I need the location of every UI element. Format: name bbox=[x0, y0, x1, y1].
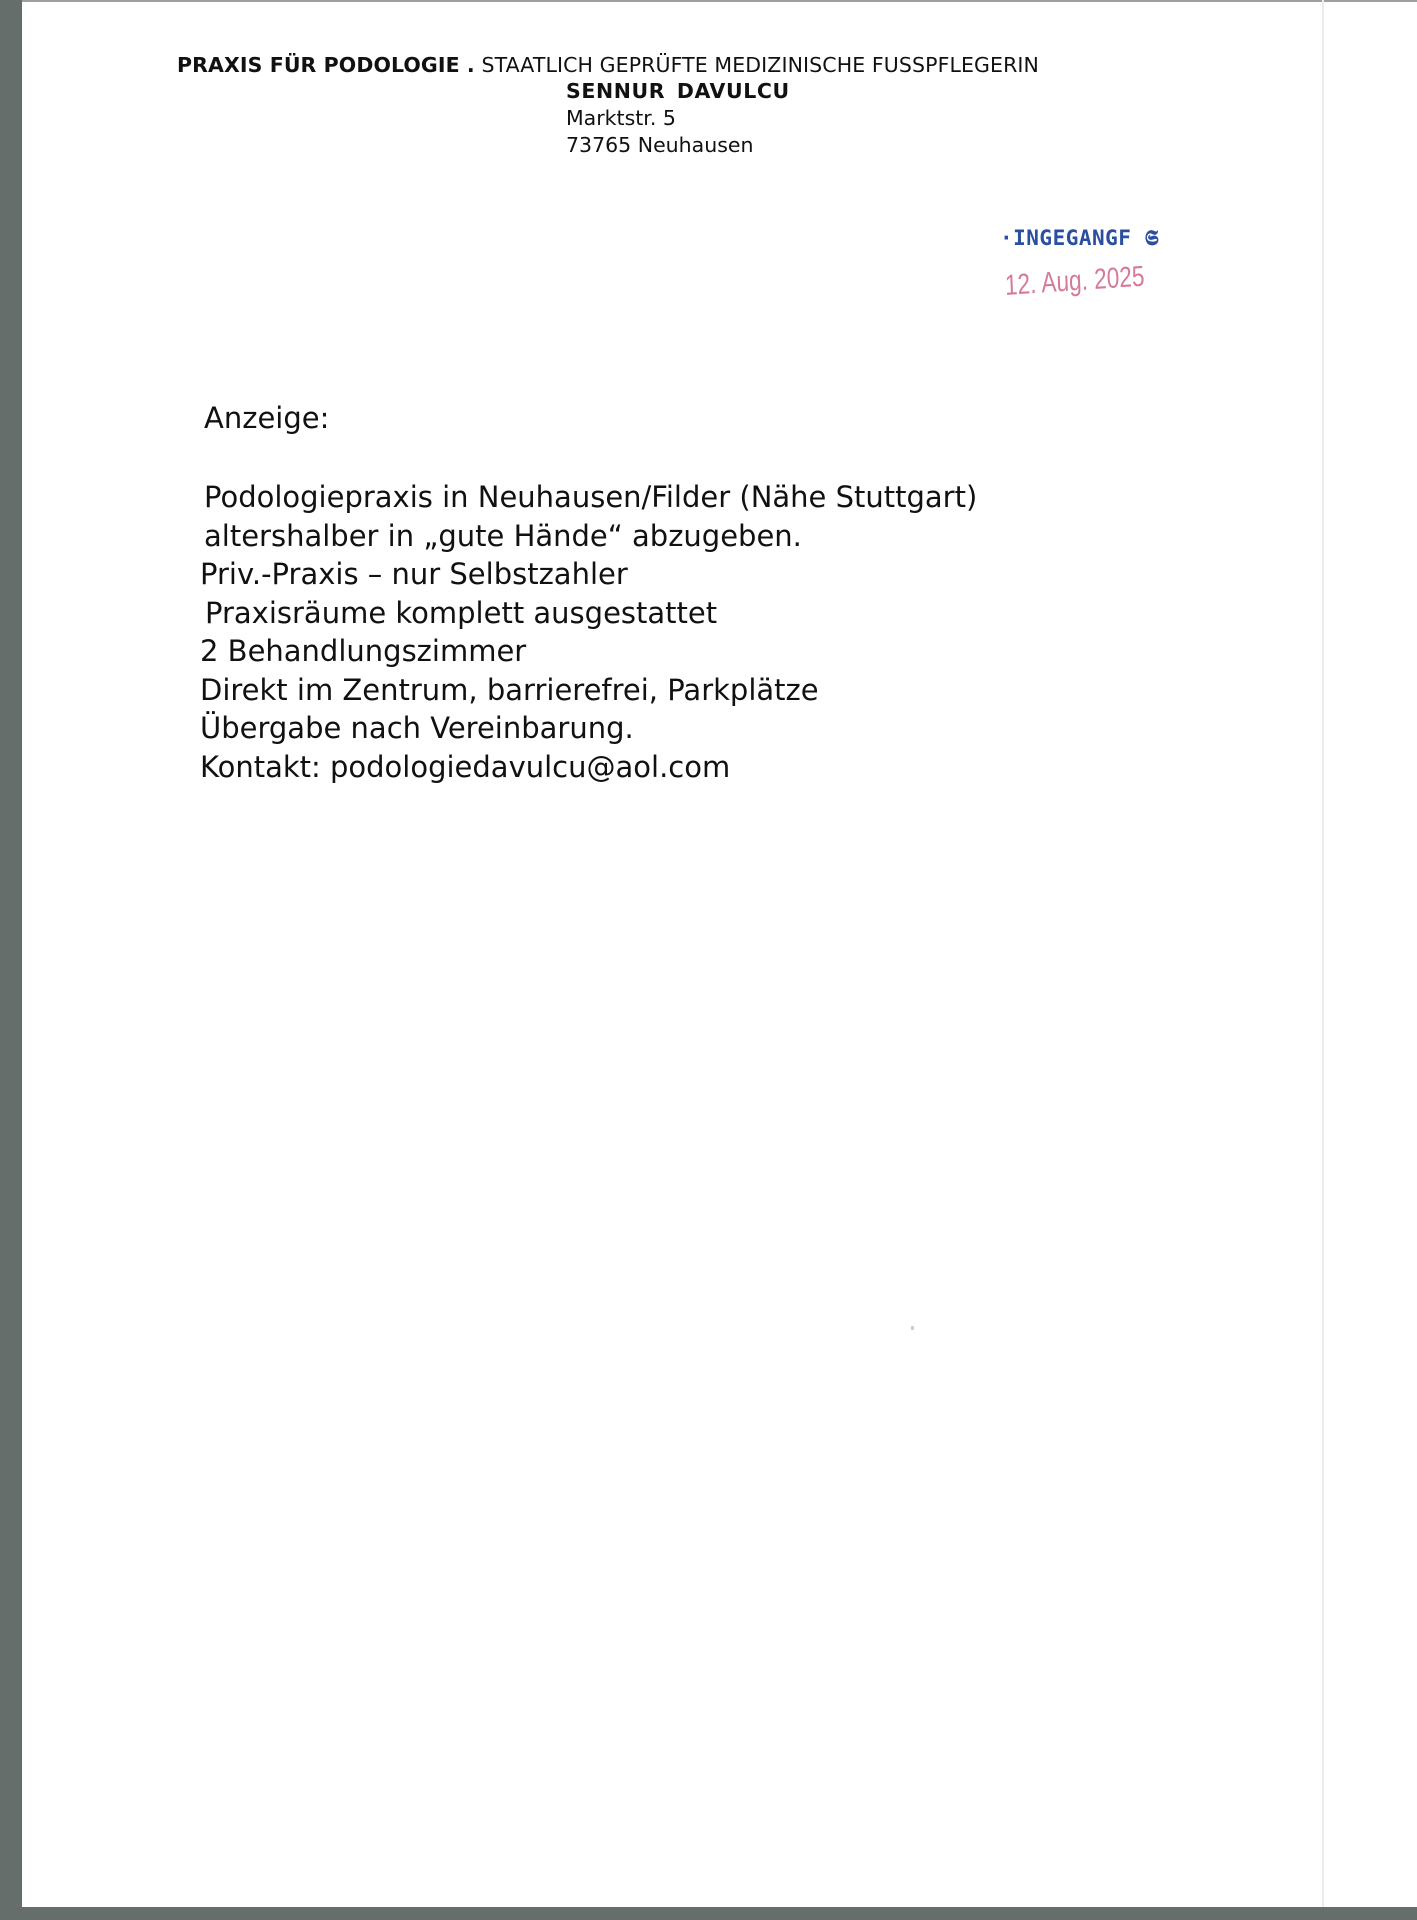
ad-body: Podologiepraxis in Neuhausen/Filder (Näh… bbox=[200, 478, 977, 786]
practice-title: PRAXIS FÜR PODOLOGIE . bbox=[177, 53, 475, 77]
ad-line: Direkt im Zentrum, barrierefrei, Parkplä… bbox=[200, 671, 977, 710]
ad-heading: Anzeige: bbox=[204, 401, 329, 435]
ad-line: 2 Behandlungszimmer bbox=[200, 632, 977, 671]
scan-fold-line bbox=[1322, 0, 1324, 1907]
ad-line: altershalber in „gute Hände“ abzugeben. bbox=[200, 517, 977, 556]
ad-line: Podologiepraxis in Neuhausen/Filder (Näh… bbox=[200, 478, 977, 517]
owner-name: SENNUR DAVULCU bbox=[566, 78, 790, 105]
practice-subtitle: STAATLICH GEPRÜFTE MEDIZINISCHE FUSSPFLE… bbox=[481, 53, 1039, 77]
document-page bbox=[22, 2, 1417, 1907]
letterhead-title-line: PRAXIS FÜR PODOLOGIE . STAATLICH GEPRÜFT… bbox=[177, 53, 1039, 77]
city: 73765 Neuhausen bbox=[566, 132, 790, 159]
scan-speck bbox=[911, 1326, 914, 1330]
letterhead-address: SENNUR DAVULCU Marktstr. 5 73765 Neuhaus… bbox=[566, 78, 790, 159]
ad-line: Priv.-Praxis – nur Selbstzahler bbox=[200, 555, 977, 594]
ad-contact-line: Kontakt: podologiedavulcu@aol.com bbox=[200, 748, 977, 787]
received-stamp-label: ·INGEGANGF 𝕾 bbox=[1000, 226, 1159, 251]
ad-line: Praxisräume komplett ausgestattet bbox=[200, 594, 977, 633]
ad-line: Übergabe nach Vereinbarung. bbox=[200, 709, 977, 748]
street: Marktstr. 5 bbox=[566, 105, 790, 132]
